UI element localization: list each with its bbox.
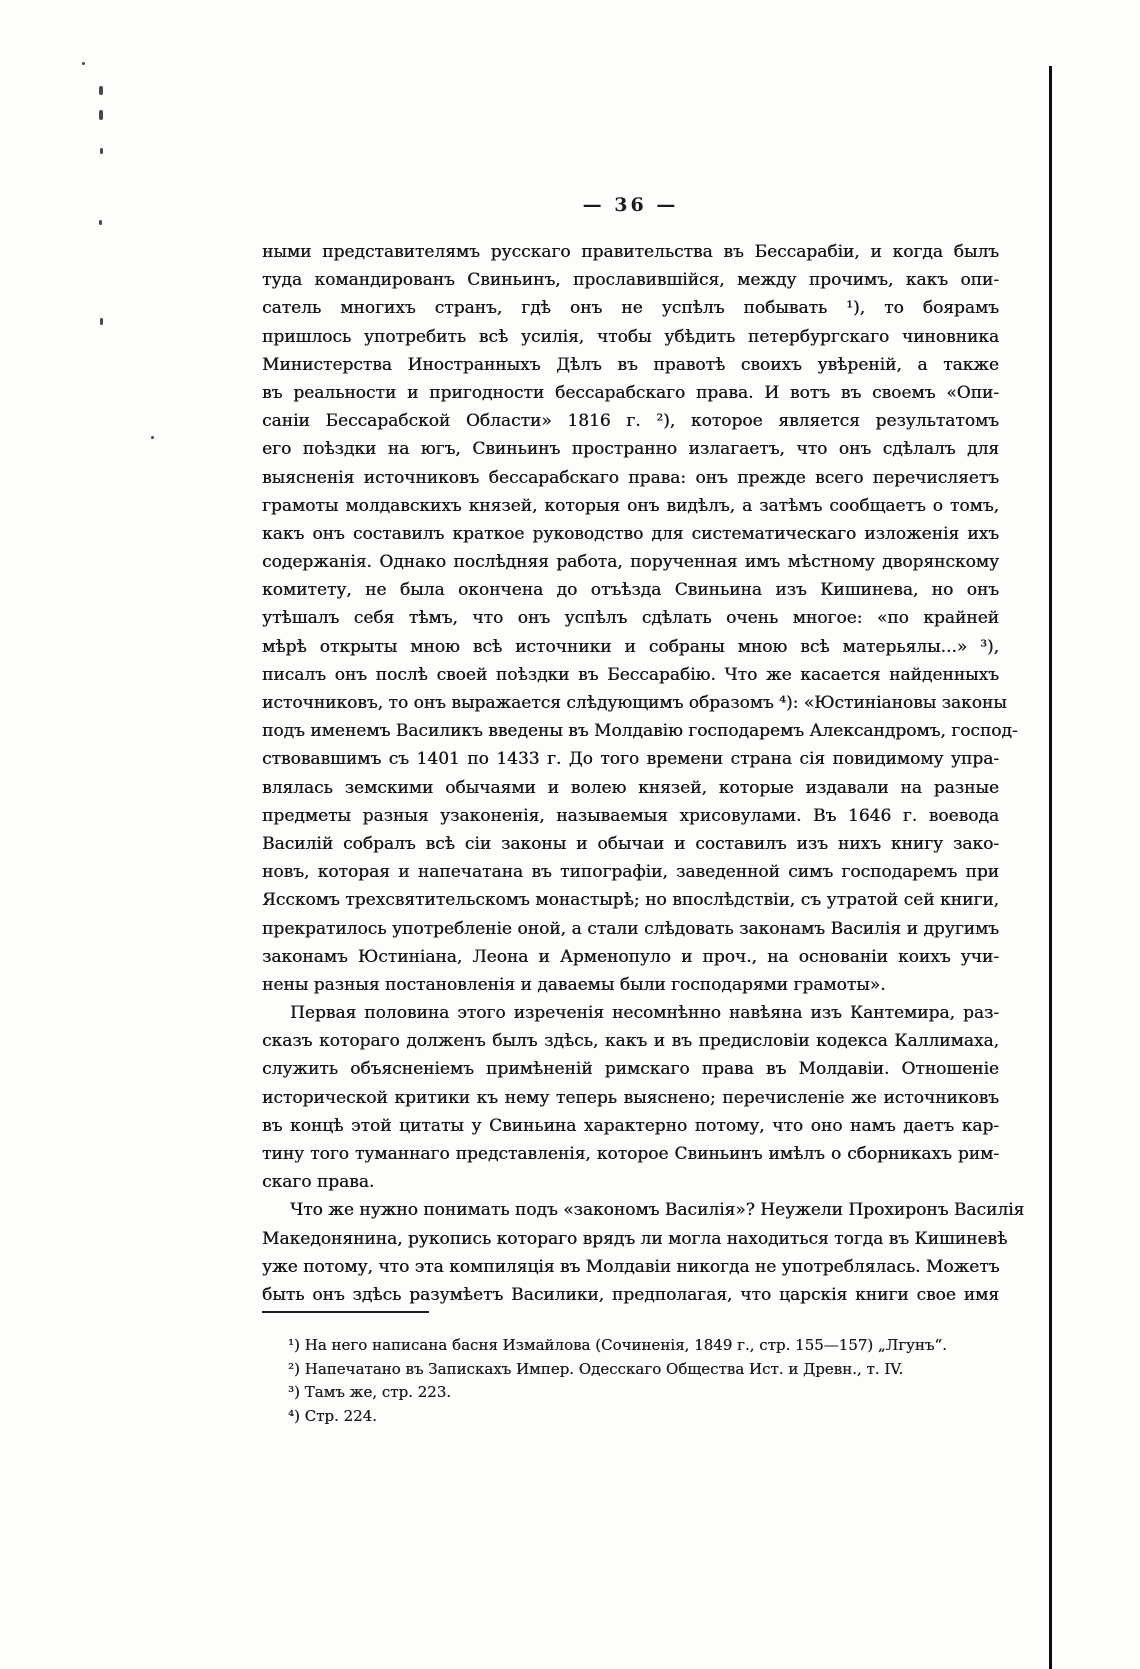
page-edge-scan-line <box>1049 66 1052 1669</box>
footnotes-block: ¹) На него написана басня Измайлова (Соч… <box>262 1334 982 1428</box>
text-line: утѣшалъ себя тѣмъ, что онъ успѣлъ сдѣлат… <box>262 604 999 632</box>
text-line: грамоты молдавскихъ князей, которыя онъ … <box>262 492 999 520</box>
footnote-separator-rule <box>262 1311 429 1313</box>
text-line: выясненія источниковъ бессарабскаго прав… <box>262 464 999 492</box>
text-line: въ реальности и пригодности бессарабскаг… <box>262 379 999 407</box>
text-line: сказъ котораго долженъ былъ здѣсь, какъ … <box>262 1027 999 1055</box>
text-line: въ концѣ этой цитаты у Свиньина характер… <box>262 1112 999 1140</box>
text-line: уже потому, что эта компиляція въ Молдав… <box>262 1253 999 1281</box>
text-line: подъ именемъ Василикъ введены въ Молдаві… <box>262 717 999 745</box>
text-line: ствовавшимъ съ 1401 по 1433 г. До того в… <box>262 745 999 773</box>
page-number: — 36 — <box>262 194 999 216</box>
text-line: прекратилось употребленіе оной, а стали … <box>262 915 999 943</box>
text-line: служить объясненіемъ примѣненій римскаго… <box>262 1055 999 1083</box>
text-line: Министерства Иностранныхъ Дѣлъ въ правот… <box>262 351 999 379</box>
text-line: быть онъ здѣсь разумѣетъ Василики, предп… <box>262 1281 999 1309</box>
ink-speck <box>100 148 103 154</box>
footnote: ¹) На него написана басня Измайлова (Соч… <box>262 1334 982 1358</box>
ink-speck <box>151 436 154 439</box>
footnote: ⁴) Стр. 224. <box>262 1405 982 1429</box>
footnote: ³) Тамъ же, стр. 223. <box>262 1381 982 1405</box>
ink-speck <box>82 62 85 65</box>
text-line: новъ, которая и напечатана въ типографіи… <box>262 858 999 886</box>
text-line: саніи Бессарабской Области» 1816 г. ²), … <box>262 407 999 435</box>
text-line: Македонянина, рукопись котораго врядъ ли… <box>262 1225 999 1253</box>
text-line: нены разныя постановленія и даваемы были… <box>262 971 999 999</box>
text-line: туда командированъ Свиньинъ, прославивші… <box>262 266 999 294</box>
text-line: ными представителямъ русскаго правительс… <box>262 238 999 266</box>
ink-speck <box>99 220 102 225</box>
text-line: тину того туманнаго представленія, котор… <box>262 1140 999 1168</box>
text-line: сатель многихъ странъ, гдѣ онъ не успѣлъ… <box>262 294 999 322</box>
text-line: какъ онъ составилъ краткое руководство д… <box>262 520 999 548</box>
text-line: Первая половина этого изреченія несомнѣн… <box>262 999 999 1027</box>
text-line: исторической критики къ нему теперь выяс… <box>262 1084 999 1112</box>
text-line: влялась земскими обычаями и волею князей… <box>262 774 999 802</box>
text-line: его поѣздки на югъ, Свиньинъ пространно … <box>262 435 999 463</box>
text-line: комитету, не была окончена до отъѣзда Св… <box>262 576 999 604</box>
text-line: законамъ Юстиніана, Леона и Арменопуло и… <box>262 943 999 971</box>
text-line: Василій собралъ всѣ сіи законы и обычаи … <box>262 830 999 858</box>
ink-speck <box>99 86 103 95</box>
footnote: ²) Напечатано въ Запискахъ Импер. Одесск… <box>262 1358 982 1382</box>
text-line: писалъ онъ послѣ своей поѣздки въ Бессар… <box>262 661 999 689</box>
text-line: скаго права. <box>262 1168 999 1196</box>
text-line: Ясскомъ трехсвятительскомъ монастырѣ; но… <box>262 886 999 914</box>
text-line: содержанія. Однако послѣдняя работа, пор… <box>262 548 999 576</box>
main-text-block: ными представителямъ русскаго правительс… <box>262 238 999 1309</box>
ink-speck <box>100 318 103 325</box>
text-line: предметы разныя узаконенія, называемыя х… <box>262 802 999 830</box>
text-line: пришлось употребить всѣ усилія, чтобы уб… <box>262 323 999 351</box>
scanned-book-page: — 36 — ными представителямъ русскаго пра… <box>0 0 1140 1669</box>
text-line: Что же нужно понимать подъ «закономъ Вас… <box>262 1196 999 1224</box>
text-line: источниковъ, то онъ выражается слѣдующим… <box>262 689 999 717</box>
text-line: мѣрѣ открыты мною всѣ источники и собран… <box>262 633 999 661</box>
ink-speck <box>99 110 103 120</box>
